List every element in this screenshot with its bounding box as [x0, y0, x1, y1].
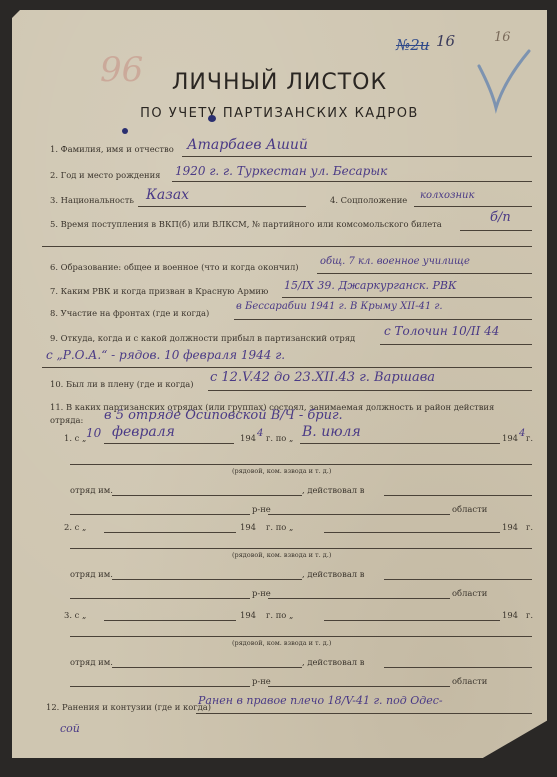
page-number: 16: [494, 30, 511, 45]
field-line: [70, 598, 250, 599]
ink-blot: [208, 115, 216, 122]
period-1-from-month[interactable]: февраля: [112, 424, 175, 440]
field-label-social: 4. Соцположение: [330, 195, 407, 205]
field-line: [324, 620, 500, 621]
period-1-from-year: 194: [240, 433, 256, 443]
field-value-party[interactable]: б/п: [490, 210, 511, 225]
page-subtitle: ПО УЧЕТУ ПАРТИЗАНСКИХ КАДРОВ: [12, 106, 547, 121]
period-3-district-label: р-не: [252, 676, 271, 686]
period-2-district-label: р-не: [252, 588, 271, 598]
period-1-to-year: 194: [502, 433, 518, 443]
field-line: [414, 206, 532, 207]
field-line: [42, 367, 532, 368]
period-1-number: 1. с „: [64, 433, 86, 443]
period-1-detachment-label: отряд им.: [70, 485, 113, 495]
period-1-district-label: р-не: [252, 504, 271, 514]
period-2-to-year: 194: [502, 522, 518, 532]
field-line: [282, 297, 532, 298]
field-label-birth: 2. Год и место рождения: [50, 170, 160, 180]
period-1-to-suffix: г.: [526, 433, 533, 443]
field-value-wounds-line2[interactable]: сой: [60, 722, 80, 735]
period-2-from-year: 194: [240, 522, 256, 532]
field-label-nationality: 3. Национальность: [50, 195, 134, 205]
field-line: [70, 464, 532, 465]
period-3-from-year: 194: [240, 610, 256, 620]
field-line: [384, 579, 532, 580]
period-1-from-day[interactable]: 10: [86, 426, 101, 440]
field-line: [380, 344, 532, 345]
field-line: [300, 443, 500, 444]
field-line: [384, 495, 532, 496]
period-3-number: 3. с „: [64, 610, 86, 620]
period-3-to-suffix: г.: [526, 610, 533, 620]
field-value-arrival-line2[interactable]: с „Р.О.А.“ - рядов. 10 февраля 1944 г.: [46, 348, 285, 362]
field-label-fronts: 8. Участие на фронтах (где и когда): [50, 308, 209, 318]
field-label-party: 5. Время поступления в ВКП(б) или ВЛКСМ,…: [50, 219, 442, 229]
period-2-detachment-label: отряд им.: [70, 569, 113, 579]
field-line: [70, 636, 532, 637]
field-line: [268, 686, 450, 687]
field-value-wounds[interactable]: Ранен в правое плечо 18/V-41 г. под Одес…: [198, 694, 443, 707]
field-value-captivity[interactable]: с 12.V.42 до 23.XII.43 г. Варшава: [210, 370, 435, 385]
field-line: [112, 667, 302, 668]
field-line: [104, 443, 234, 444]
period-2-number: 2. с „: [64, 522, 86, 532]
field-line: [234, 319, 532, 320]
period-3-region-label: области: [452, 676, 487, 686]
field-line: [182, 156, 532, 157]
period-3-to-year: 194: [502, 610, 518, 620]
period-3-operated-label: , действовал в: [302, 657, 365, 667]
period-1-to-label: г. по „: [266, 433, 293, 443]
period-2-position-hint: (рядовой, ком. взвода и т. д.): [232, 551, 331, 559]
field-label-name: 1. Фамилия, имя и отчество: [50, 144, 174, 154]
field-line: [268, 598, 450, 599]
field-line: [317, 273, 532, 274]
field-label-arrival: 9. Откуда, когда и с какой должности при…: [50, 333, 355, 343]
period-1-from-year-suffix[interactable]: 4: [257, 428, 263, 439]
page-title: ЛИЧНЫЙ ЛИСТОК: [12, 70, 547, 95]
field-line: [172, 181, 532, 182]
field-line: [42, 246, 532, 247]
field-line: [104, 532, 236, 533]
field-value-birth[interactable]: 1920 г. г. Туркестан ул. Бесарык: [175, 164, 387, 178]
period-2-to-suffix: г.: [526, 522, 533, 532]
field-value-detachments[interactable]: в 5 отряде Осиповской В/Ч - бриг.: [104, 408, 343, 423]
period-3-detachment-label: отряд им.: [70, 657, 113, 667]
field-value-nationality[interactable]: Казах: [146, 187, 189, 203]
period-2-region-label: области: [452, 588, 487, 598]
field-line: [70, 686, 250, 687]
period-1-to-year-suffix[interactable]: 4: [519, 428, 525, 439]
field-line: [104, 620, 236, 621]
document-page: 96 №2и 16 16 ЛИЧНЫЙ ЛИСТОК ПО УЧЕТУ ПАРТ…: [12, 10, 547, 758]
archive-number: 16: [436, 32, 455, 50]
period-3-to-label: г. по „: [266, 610, 293, 620]
field-value-social[interactable]: колхозник: [420, 190, 474, 201]
field-line: [324, 532, 500, 533]
period-1-operated-label: , действовал в: [302, 485, 365, 495]
field-line: [268, 514, 450, 515]
field-label-conscription: 7. Каким РВК и когда призван в Красную А…: [50, 286, 268, 296]
field-line: [196, 713, 532, 714]
field-label-captivity: 10. Был ли в плену (где и когда): [50, 379, 194, 389]
field-line: [70, 548, 532, 549]
field-label-education: 6. Образование: общее и военное (что и к…: [50, 262, 299, 272]
period-3-position-hint: (рядовой, ком. взвода и т. д.): [232, 639, 331, 647]
field-value-conscription[interactable]: 15/IX 39. Джаркурганск. РВК: [284, 279, 457, 292]
period-1-region-label: области: [452, 504, 487, 514]
ink-blot: [122, 128, 128, 134]
field-line: [112, 579, 302, 580]
field-value-education[interactable]: общ. 7 кл. военное училище: [320, 256, 470, 267]
period-2-to-label: г. по „: [266, 522, 293, 532]
archive-number-struck: №2и: [396, 36, 429, 54]
field-label-wounds: 12. Ранения и контузии (где и когда): [46, 702, 211, 712]
period-2-operated-label: , действовал в: [302, 569, 365, 579]
field-value-name[interactable]: Атарбаев Аший: [187, 137, 308, 153]
field-line: [384, 667, 532, 668]
field-line: [460, 230, 532, 231]
period-1-position-hint: (рядовой, ком. взвода и т. д.): [232, 467, 331, 475]
field-value-arrival[interactable]: с Толочин 10/II 44: [384, 324, 499, 338]
field-line: [112, 495, 302, 496]
field-line: [138, 206, 306, 207]
field-value-fronts[interactable]: в Бессарабии 1941 г. В Крыму XII-41 г.: [236, 301, 443, 312]
period-1-to-value[interactable]: В. июля: [302, 424, 361, 440]
field-line: [208, 390, 532, 391]
field-line: [70, 514, 250, 515]
